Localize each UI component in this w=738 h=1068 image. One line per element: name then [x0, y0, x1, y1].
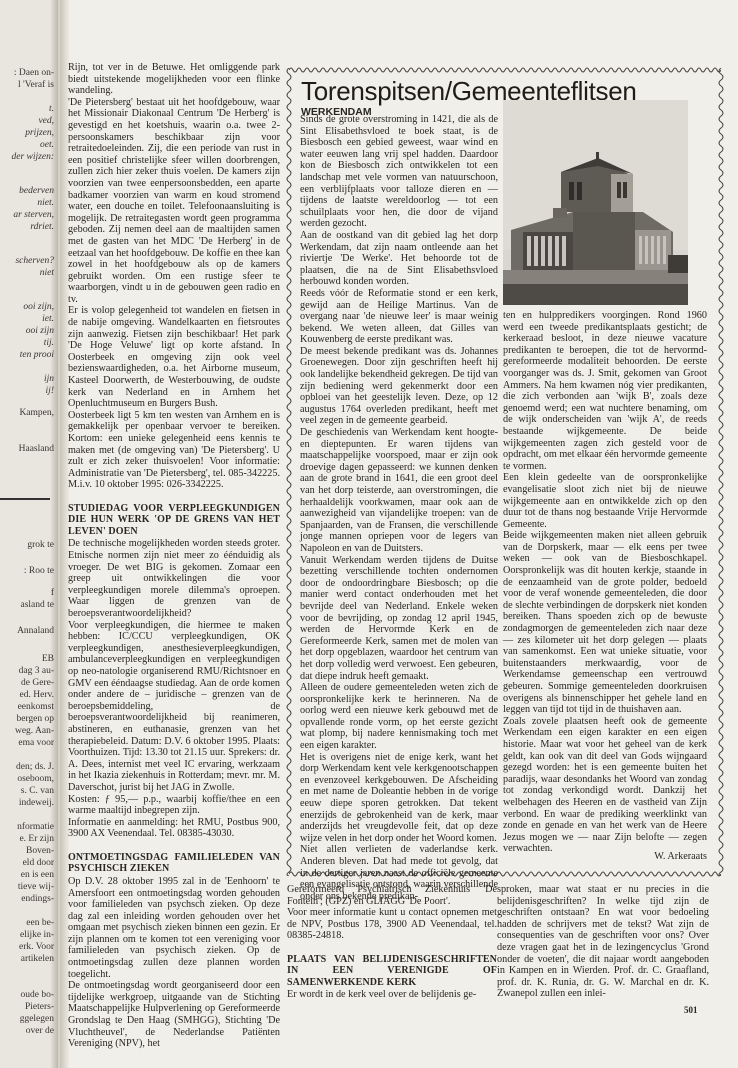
left-page-text-fragment: ar sterven, — [13, 210, 54, 222]
wavy-border-top — [289, 66, 721, 74]
left-page-text-fragment: indeweij. — [19, 798, 54, 810]
left-page-text-fragment: niet — [40, 268, 54, 280]
left-page-text-fragment: nformatie — [17, 822, 54, 834]
paragraph: Het is overigens niet de enige kerk, wan… — [300, 752, 498, 845]
left-page-text-fragment: scherven? — [15, 256, 54, 268]
paragraph: ten en hulppredikers voorgingen. Rond 19… — [503, 310, 707, 472]
left-page-text-fragment: rdriet. — [30, 222, 54, 234]
church-photo — [503, 100, 688, 305]
left-page-text-fragment: endings- — [21, 894, 54, 906]
left-page-text-fragment: oude bo- — [20, 990, 54, 1002]
left-page-text-fragment: t. — [49, 104, 54, 116]
left-page-text-fragment: ij! — [46, 386, 54, 398]
left-page-text-fragment: f — [51, 588, 54, 600]
left-page-text-fragment: oet. — [40, 140, 54, 152]
left-page-text-fragment: Boven- — [26, 846, 54, 858]
left-page-text-fragment: oseboom, — [17, 774, 54, 786]
paragraph: Voor verpleegkundigen, die hiermee te ma… — [68, 620, 280, 794]
left-page-text-fragment: dag 3 au- — [19, 666, 54, 678]
page-number: 501 — [684, 1005, 698, 1015]
paragraph: De geschiedenis van Werkendam kent hoogt… — [300, 427, 498, 555]
left-page-text-fragment: elijke in- — [20, 930, 54, 942]
left-page-text-fragment: tieve wij- — [18, 882, 54, 894]
left-page-text-fragment: ooi zijn, — [23, 302, 54, 314]
left-page-text-fragment: bederven — [19, 186, 54, 198]
left-page-text-fragment: bergen op — [16, 714, 54, 726]
left-page-text-fragment: prijzen, — [25, 128, 54, 140]
left-page-text-fragment: Annaland — [17, 626, 54, 638]
column-3: Gereformeerd Psychiatrisch Ziekenhuis 'D… — [287, 884, 497, 1001]
left-page-text-fragment: Kampen, — [19, 408, 54, 420]
left-page-text-fragment: en is een — [21, 870, 54, 882]
left-page-text-fragment: grok te — [27, 540, 54, 552]
left-page-text-fragment: l 'Veraf is — [18, 80, 54, 92]
paragraph: De ontmoetingsdag wordt georganiseerd do… — [68, 980, 280, 1050]
paragraph: Rijn, tot ver in de Betuwe. Het omliggen… — [68, 62, 280, 97]
paragraph: Zoals zovele plaatsen heeft ook de gemee… — [503, 716, 707, 855]
left-page-text-fragment: : Daen on- — [14, 68, 54, 80]
left-page-divider — [0, 498, 50, 500]
left-page-text-fragment: asland te — [20, 600, 54, 612]
left-page-text-fragment: ooi zijn — [26, 326, 54, 338]
left-page-text-fragment: ten prooi — [20, 350, 54, 362]
wavy-border-left — [285, 68, 293, 876]
paragraph: 'De Pietersberg' bestaat uit het hoofdge… — [68, 97, 280, 306]
left-page-text-fragment: iet. — [42, 314, 54, 326]
left-page-edge: : Daen on-l 'Veraf ist.ved,prijzen,oet.d… — [0, 0, 60, 1068]
left-page-text-fragment: een be- — [26, 918, 54, 930]
paragraph: sproken, maar wat staat er nu precies in… — [497, 884, 709, 1000]
left-page-text-fragment: : Roo te — [24, 566, 54, 578]
left-page-text-fragment: eenkomst — [18, 702, 54, 714]
left-page-text-fragment: de Gere- — [21, 678, 54, 690]
left-page-text-fragment: Haasland — [19, 444, 54, 456]
paragraph: De technische mogelijkheden worden steed… — [68, 538, 280, 619]
left-page-text-fragment: over de — [26, 1026, 54, 1038]
paragraph: Vanuit Werkendam werden tijdens de Duits… — [300, 555, 498, 683]
left-page-text-fragment: den; ds. J. — [16, 762, 54, 774]
left-page-text-fragment: ema voor — [18, 738, 54, 750]
paragraph: De meest bekende predikant was ds. Johan… — [300, 346, 498, 427]
paragraph: Op D.V. 28 oktober 1995 zal in de 'Eenho… — [68, 876, 280, 980]
paragraph: Aan de oostkand van dit gebied lag het d… — [300, 230, 498, 288]
feature-column-a: Sinds de grote overstroming in 1421, die… — [300, 114, 498, 902]
paragraph: Voor meer informatie kunt u contact opne… — [287, 907, 497, 942]
intro-text: Rijn, tot ver in de Betuwe. Het omliggen… — [68, 62, 280, 491]
paragraph: Alleen de oudere gemeenteleden weten zic… — [300, 682, 498, 752]
column-1: Rijn, tot ver in de Betuwe. Het omliggen… — [68, 62, 280, 1050]
paragraph: Kosten: ƒ 95,— p.p., waarbij koffie/thee… — [68, 794, 280, 817]
left-page-text-fragment: EB — [42, 654, 54, 666]
left-page-text-fragment: ijn — [44, 374, 54, 386]
column-4: sproken, maar wat staat er nu precies in… — [497, 884, 709, 1000]
left-page-text-fragment: niet. — [37, 198, 54, 210]
paragraph: Er wordt in de kerk veel over de belijde… — [287, 989, 497, 1001]
left-page-text-fragment: erk. Voor — [19, 942, 54, 954]
left-page-text-fragment: ved, — [38, 116, 54, 128]
paragraph: Informatie en aanmelding: het RMU, Postb… — [68, 817, 280, 840]
left-page-text-fragment: ed. Herv. — [20, 690, 54, 702]
left-page-text-fragment: e. Er zijn — [19, 834, 54, 846]
wavy-border-right — [717, 68, 725, 876]
section-heading-belijdenisgeschriften: Plaats van belijdenisgeschriften in een … — [287, 954, 497, 989]
left-page-text-fragment: artikelen — [21, 954, 54, 966]
paragraph: Sinds de grote overstroming in 1421, die… — [300, 114, 498, 230]
paragraph: Er is volop gelegenheid tot wandelen en … — [68, 305, 280, 409]
section-heading-ontmoetingsdag: Ontmoetingsdag familieleden van psychisc… — [68, 852, 280, 875]
author-signature: W. Arkeraats — [503, 851, 707, 862]
left-page-text-fragment: der wijzen: — [12, 152, 54, 164]
left-page-text-fragment: weg. Aan- — [15, 726, 54, 738]
left-page-text-fragment: ggelegen — [20, 1014, 54, 1026]
left-page-text-fragment: Pieters- — [25, 1002, 54, 1014]
left-page-text-fragment: s. C. van — [21, 786, 54, 798]
paragraph: Een klein gedeelte van de oorspronkelijk… — [503, 472, 707, 530]
left-page-text-fragment: eld door — [23, 858, 54, 870]
left-page-text-fragment: tij. — [44, 338, 54, 350]
church-illustration — [503, 100, 688, 305]
feature-column-b: ten en hulppredikers voorgingen. Rond 19… — [503, 310, 707, 855]
paragraph: Reeds vóór de Reformatie stond er een ke… — [300, 288, 498, 346]
paragraph: Oosterbeek ligt 5 km ten westen van Arnh… — [68, 410, 280, 491]
paragraph: Beide wijkgemeenten maken niet alleen ge… — [503, 530, 707, 716]
section-heading-studiedag: Studiedag voor verpleegkundigen die hun … — [68, 503, 280, 538]
paragraph: Gereformeerd Psychiatrisch Ziekenhuis 'D… — [287, 884, 497, 907]
